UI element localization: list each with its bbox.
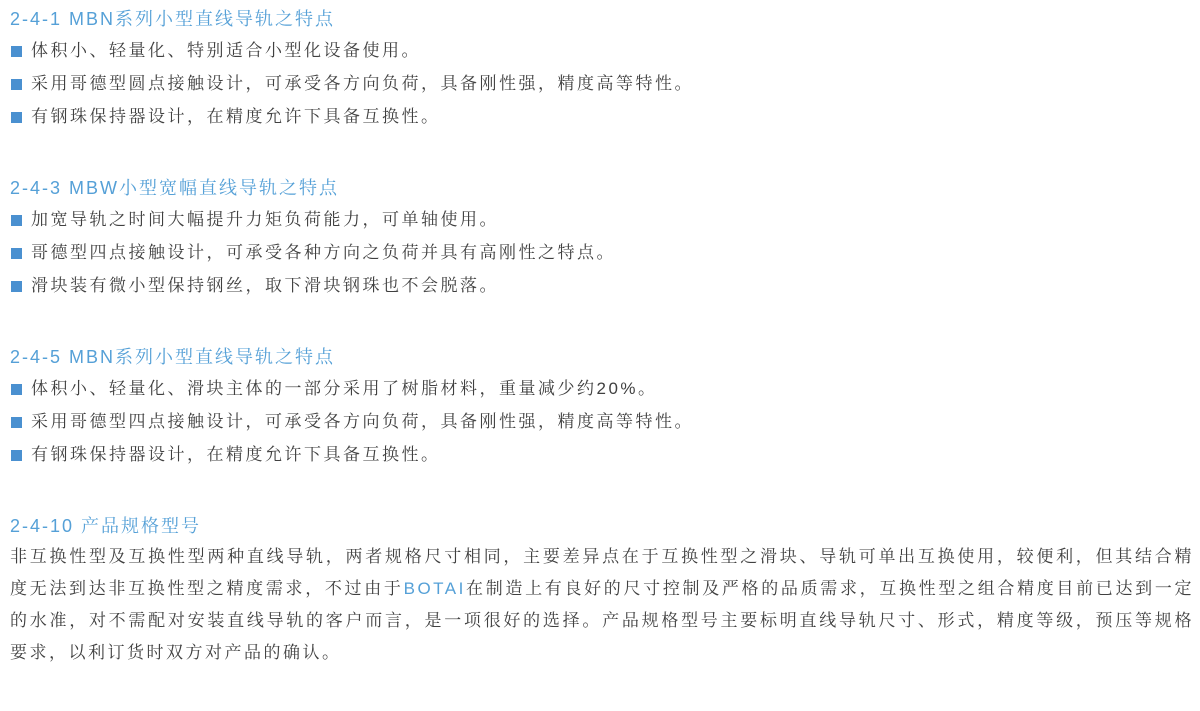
- square-bullet-icon: [11, 384, 22, 395]
- section-2-4-5: 2-4-5 MBN系列小型直线导轨之特点 体积小、轻量化、滑块主体的一部分采用了…: [10, 346, 1192, 464]
- section-heading: 2-4-1 MBN系列小型直线导轨之特点: [10, 8, 1192, 30]
- list-item-text: 有钢珠保持器设计，在精度允许下具备互换性。: [31, 446, 441, 464]
- section-heading: 2-4-5 MBN系列小型直线导轨之特点: [10, 346, 1192, 368]
- list-item-text: 体积小、轻量化、滑块主体的一部分采用了树脂材料，重量减少约20%。: [31, 380, 658, 398]
- list-item: 体积小、轻量化、滑块主体的一部分采用了树脂材料，重量减少约20%。: [10, 380, 1192, 398]
- list-item: 采用哥德型四点接触设计，可承受各方向负荷，具备刚性强，精度高等特性。: [10, 413, 1192, 431]
- square-bullet-icon: [11, 450, 22, 461]
- square-bullet-icon: [11, 215, 22, 226]
- feature-list: 体积小、轻量化、滑块主体的一部分采用了树脂材料，重量减少约20%。 采用哥德型四…: [10, 380, 1192, 464]
- list-item: 有钢珠保持器设计，在精度允许下具备互换性。: [10, 108, 1192, 126]
- list-item-text: 采用哥德型四点接触设计，可承受各方向负荷，具备刚性强，精度高等特性。: [31, 413, 694, 431]
- list-item-text: 采用哥德型圆点接触设计，可承受各方向负荷，具备刚性强，精度高等特性。: [31, 75, 694, 93]
- list-item: 加宽导轨之时间大幅提升力矩负荷能力，可单轴使用。: [10, 211, 1192, 229]
- list-item-text: 滑块装有微小型保持钢丝，取下滑块钢珠也不会脱落。: [31, 277, 499, 295]
- section-heading: 2-4-10 产品规格型号: [10, 515, 1192, 537]
- list-item: 有钢珠保持器设计，在精度允许下具备互换性。: [10, 446, 1192, 464]
- square-bullet-icon: [11, 417, 22, 428]
- square-bullet-icon: [11, 281, 22, 292]
- square-bullet-icon: [11, 79, 22, 90]
- square-bullet-icon: [11, 112, 22, 123]
- section-heading: 2-4-3 MBW小型宽幅直线导轨之特点: [10, 177, 1192, 199]
- list-item: 采用哥德型圆点接触设计，可承受各方向负荷，具备刚性强，精度高等特性。: [10, 75, 1192, 93]
- square-bullet-icon: [11, 46, 22, 57]
- section-2-4-3: 2-4-3 MBW小型宽幅直线导轨之特点 加宽导轨之时间大幅提升力矩负荷能力，可…: [10, 177, 1192, 295]
- section-2-4-1: 2-4-1 MBN系列小型直线导轨之特点 体积小、轻量化、特别适合小型化设备使用…: [10, 8, 1192, 126]
- brand-name: BOTAI: [404, 579, 466, 598]
- feature-list: 体积小、轻量化、特别适合小型化设备使用。 采用哥德型圆点接触设计，可承受各方向负…: [10, 42, 1192, 126]
- square-bullet-icon: [11, 248, 22, 259]
- list-item: 滑块装有微小型保持钢丝，取下滑块钢珠也不会脱落。: [10, 277, 1192, 295]
- document-page: 2-4-1 MBN系列小型直线导轨之特点 体积小、轻量化、特别适合小型化设备使用…: [0, 0, 1200, 711]
- list-item: 体积小、轻量化、特别适合小型化设备使用。: [10, 42, 1192, 60]
- list-item-text: 加宽导轨之时间大幅提升力矩负荷能力，可单轴使用。: [31, 211, 499, 229]
- list-item: 哥德型四点接触设计，可承受各种方向之负荷并具有高刚性之特点。: [10, 244, 1192, 262]
- feature-list: 加宽导轨之时间大幅提升力矩负荷能力，可单轴使用。 哥德型四点接触设计，可承受各种…: [10, 211, 1192, 295]
- section-2-4-10: 2-4-10 产品规格型号 非互换性型及互换性型两种直线导轨，两者规格尺寸相同，…: [10, 515, 1192, 669]
- list-item-text: 有钢珠保持器设计，在精度允许下具备互换性。: [31, 108, 441, 126]
- list-item-text: 体积小、轻量化、特别适合小型化设备使用。: [31, 42, 421, 60]
- paragraph: 非互换性型及互换性型两种直线导轨，两者规格尺寸相同，主要差异点在于互换性型之滑块…: [10, 541, 1194, 669]
- list-item-text: 哥德型四点接触设计，可承受各种方向之负荷并具有高刚性之特点。: [31, 244, 616, 262]
